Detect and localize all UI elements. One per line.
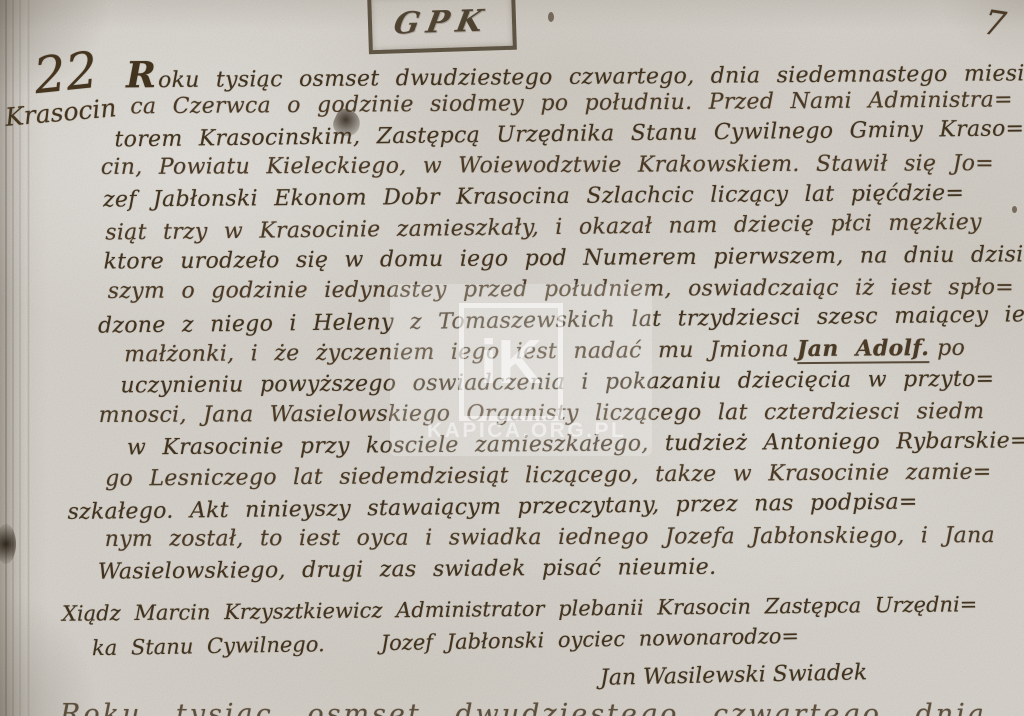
signature-line: ka Stanu Cywilnego.Jozef Jabłonski oycie… <box>92 624 799 660</box>
record-line: cin, Powiatu Kieleckiego, w Woiewodztwie… <box>101 148 1017 183</box>
record-line: Wasielowskiego, drugi zas swiadek pisać … <box>98 549 1020 587</box>
record-line: nym został, to iest oyca i swiadka iedne… <box>105 520 1020 555</box>
archive-stamp: GPK <box>367 0 517 54</box>
next-entry-fragment: Roku tysiąc osmset dwudziestego czwarteg… <box>60 699 987 716</box>
watermark-logo-icon: iK <box>459 303 563 421</box>
name-line-post: po <box>937 336 965 361</box>
witness-signature: Jan Wasilewski Swiadek <box>600 660 868 691</box>
stamp-initials: GPK <box>391 3 493 41</box>
watermark-site-text: KAPICA.ORG.PL <box>427 419 626 443</box>
clerk-title-continuation: ka Stanu Cywilnego. <box>92 632 325 660</box>
priest-signature-line: Xiądz Marcin Krzysztkiewicz Administrato… <box>62 592 978 626</box>
child-name: Jan Adolf. <box>797 335 929 364</box>
document-scan: GPK 7 22 Krasocin Roku tysiąc osmset dwu… <box>0 0 1024 716</box>
page-number: 7 <box>981 3 1009 46</box>
father-signature: Jozef Jabłonski oyciec nowonarodzo= <box>380 624 799 655</box>
ink-speck <box>548 12 554 22</box>
